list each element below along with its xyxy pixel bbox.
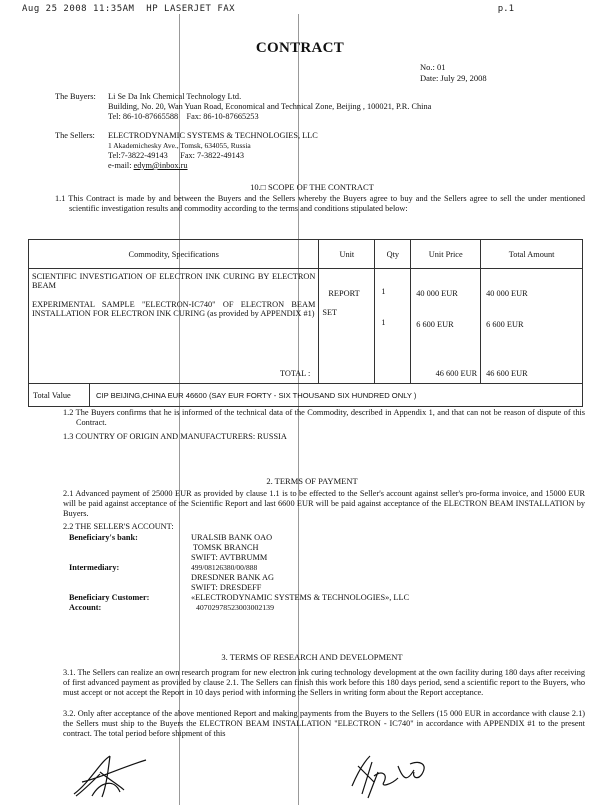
section3-heading: 3. TERMS OF RESEARCH AND DEVELOPMENT	[12, 652, 600, 662]
seller-signature	[348, 752, 438, 802]
unit-price-2: 6 600 EUR	[416, 320, 477, 329]
contract-number: No.: 01	[420, 62, 446, 72]
beneficiary-bank-line: URALSIB BANK OAO	[191, 533, 272, 544]
total-value-row: Total Value CIP BEIJING,CHINA EUR 46600 …	[29, 384, 583, 407]
intermediary-line: 499/08126380/00/888	[191, 563, 257, 574]
header-qty: Qty	[375, 240, 411, 269]
account-number: 40702978523003002139	[196, 603, 274, 614]
beneficiary-customer-label: Beneficiary Customer:	[69, 593, 149, 604]
unit-price-1: 40 000 EUR	[416, 289, 477, 298]
sellers-address: 1 Akademichesky Ave., Tomsk, 634055, Rus…	[108, 141, 251, 152]
buyers-name: Li Se Da Ink Chemical Technology Ltd.	[108, 92, 241, 103]
clause-1-3: 1.3 COUNTRY OF ORIGIN AND MANUFACTURERS:…	[63, 432, 287, 443]
total-unit-price: 46 600 EUR	[411, 367, 481, 384]
total-2: 6 600 EUR	[486, 320, 579, 329]
beneficiary-bank-line: SWIFT: AVTBRUMM	[191, 553, 267, 564]
buyer-signature	[70, 752, 150, 802]
table-header-row: Commodity, Specifications Unit Qty Unit …	[29, 240, 583, 269]
header-unit-price: Unit Price	[411, 240, 481, 269]
beneficiary-bank-line: TOMSK BRANCH	[193, 543, 259, 554]
total-1: 40 000 EUR	[486, 289, 579, 298]
sellers-name: ELECTRODYNAMIC SYSTEMS & TECHNOLOGIES, L…	[108, 131, 318, 142]
buyers-address: Building, No. 20, Wan Yuan Road, Economi…	[108, 102, 431, 113]
intermediary-line: DRESDNER BANK AG	[191, 573, 274, 584]
sellers-email-link[interactable]: edym@inbox.ru	[134, 161, 188, 170]
commodity-1: SCIENTIFIC INVESTIGATION OF ELECTRON INK…	[32, 272, 315, 290]
fax-device: HP LASERJET FAX	[146, 4, 235, 14]
beneficiary-customer-value: «ELECTRODYNAMIC SYSTEMS & TECHNOLOGIES»,…	[191, 593, 409, 604]
total-amount: 46 600 EUR	[481, 367, 583, 384]
fax-page-number: p.1	[498, 4, 514, 14]
total-value-text: CIP BEIJING,CHINA EUR 46600 (SAY EUR FOR…	[90, 391, 416, 400]
beneficiary-bank-label: Beneficiary's bank:	[69, 533, 138, 544]
commodity-table: Commodity, Specifications Unit Qty Unit …	[28, 239, 583, 407]
qty-1: 1	[381, 287, 407, 296]
contract-date: Date: July 29, 2008	[420, 73, 487, 83]
intermediary-line: SWIFT: DRESDEFF	[191, 583, 261, 594]
clause-3-2: 3.2. Only after acceptance of the above …	[63, 709, 585, 740]
table-row: SCIENTIFIC INVESTIGATION OF ELECTRON INK…	[29, 269, 583, 368]
table-total-row: TOTAL : 46 600 EUR 46 600 EUR	[29, 367, 583, 384]
clause-2-2: 2.2 THE SELLER'S ACCOUNT:	[63, 522, 174, 533]
document-title: CONTRACT	[0, 40, 600, 57]
unit-2: SET	[322, 308, 371, 317]
sellers-email-line: e-mail: edym@inbox.ru	[108, 161, 188, 172]
total-value-label: Total Value	[29, 384, 90, 406]
clause-2-1: 2.1 Advanced payment of 25000 EUR as pro…	[63, 489, 585, 520]
unit-1: REPORT	[322, 289, 371, 298]
clause-1-2: 1.2 The Buyers confirms that he is infor…	[63, 408, 585, 428]
clause-3-1: 3.1. The Sellers can realize an own rese…	[63, 668, 585, 699]
section2-heading: 2. TERMS OF PAYMENT	[12, 476, 600, 486]
sellers-contacts: Tel:7-3822-49143 Fax: 7-3822-49143	[108, 151, 244, 162]
fax-header-timestamp: Aug 25 2008 11:35AM HP LASERJET FAX	[22, 4, 235, 14]
total-label: TOTAL :	[29, 367, 319, 384]
account-label: Account:	[69, 603, 101, 614]
buyers-label: The Buyers:	[55, 92, 96, 103]
commodity-2: EXPERIMENTAL SAMPLE "ELECTRON-IC740" OF …	[32, 300, 315, 318]
section1-heading: 10.□ SCOPE OF THE CONTRACT	[12, 182, 600, 192]
intermediary-label: Intermediary:	[69, 563, 119, 574]
sellers-label: The Sellers:	[55, 131, 95, 142]
buyers-contacts: Tel: 86-10-87665588 Fax: 86-10-87665253	[108, 112, 259, 123]
clause-1-1: 1.1 This Contract is made by and between…	[55, 194, 585, 214]
header-commodity: Commodity, Specifications	[29, 240, 319, 269]
qty-2: 1	[381, 318, 407, 327]
header-total-amount: Total Amount	[481, 240, 583, 269]
header-unit: Unit	[319, 240, 375, 269]
